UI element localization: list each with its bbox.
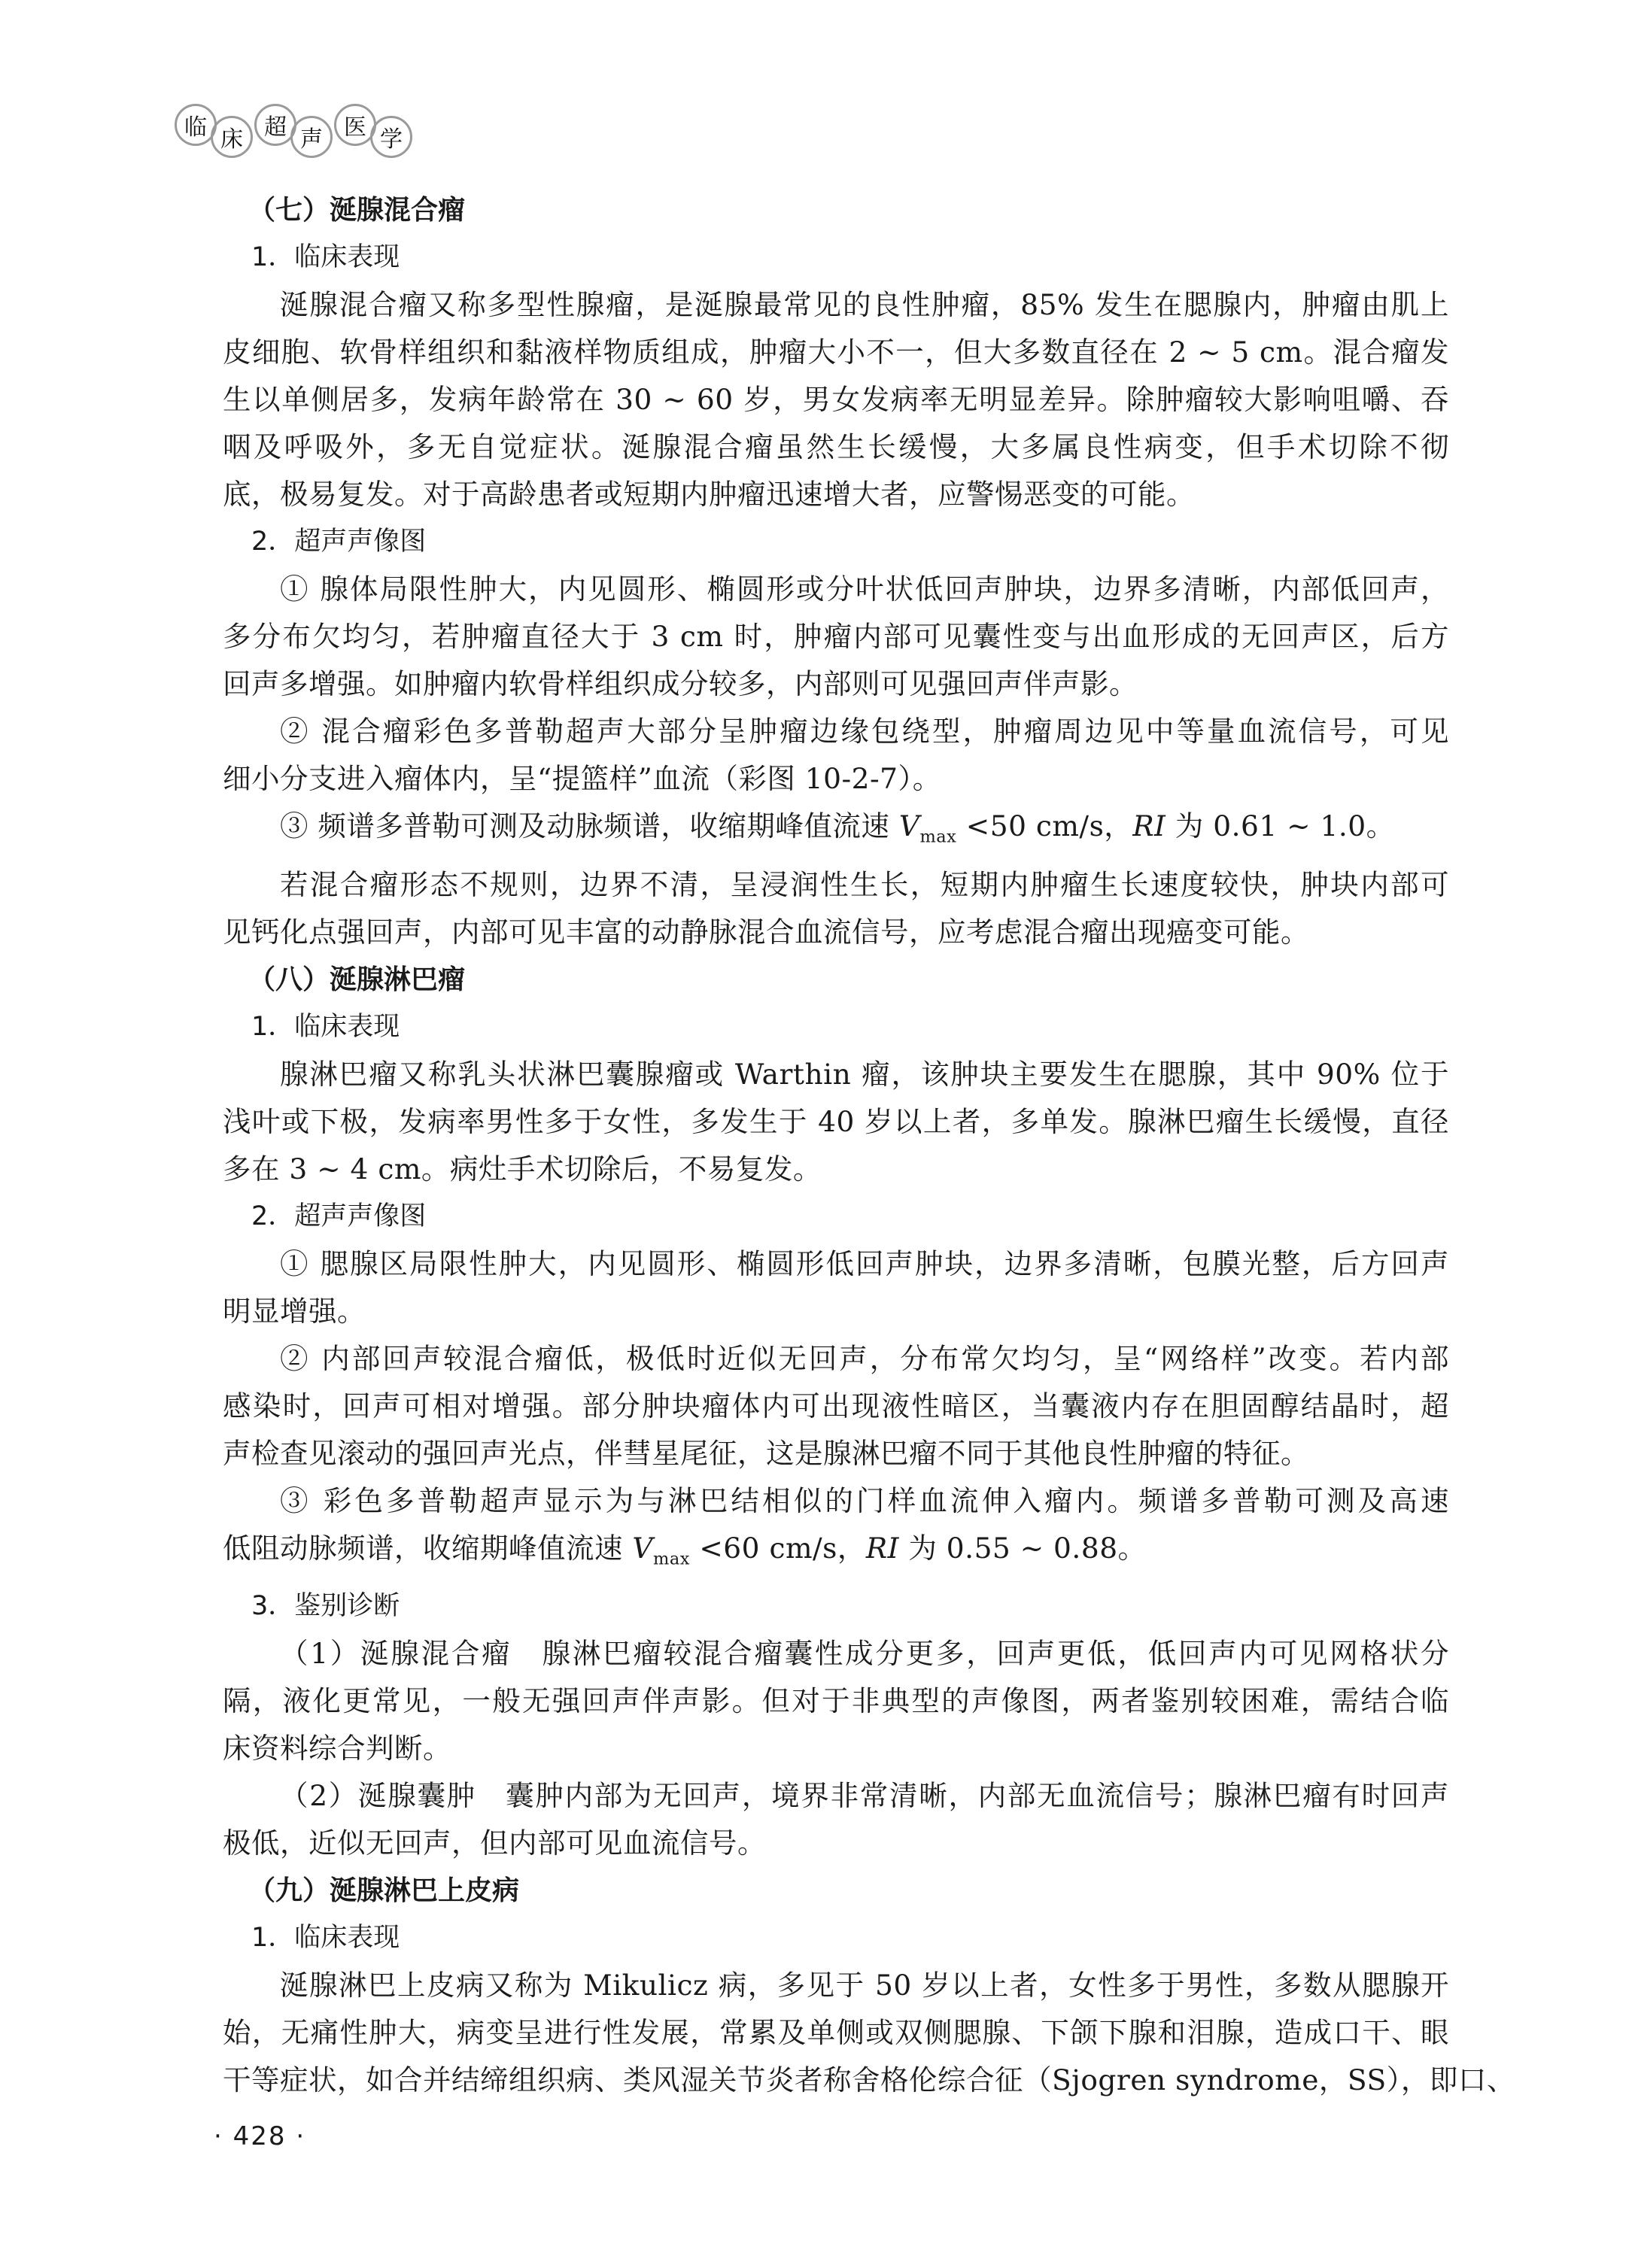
text-line: 浅叶或下极，发病率男性多于女性，多发生于 40 岁以上者，多单发。腺淋巴瘤生长缓… [223, 1098, 1449, 1146]
text-line: 腺淋巴瘤又称乳头状淋巴囊腺瘤或 Warthin 瘤，该肿块主要发生在腮腺，其中 … [223, 1051, 1449, 1098]
page-number: · 428 · [214, 2121, 305, 2151]
text-line: 见钙化点强回声，内部可见丰富的动静脉混合血流信号，应考虑混合瘤出现癌变可能。 [223, 909, 1449, 956]
section-heading: （八）涎腺淋巴瘤 [223, 956, 1449, 1003]
text-line: 极低，近似无回声，但内部可见血流信号。 [223, 1820, 1449, 1867]
text-line: 感染时，回声可相对增强。部分肿块瘤体内可出现液性暗区，当囊液内存在胆固醇结晶时，… [223, 1383, 1449, 1430]
paragraph: 涎腺淋巴上皮病又称为 Mikulicz 病，多见于 50 岁以上者，女性多于男性… [223, 1962, 1449, 2104]
text-line: （1）涎腺混合瘤 腺淋巴瘤较混合瘤囊性成分更多，回声更低，低回声内可见网格状分 [223, 1630, 1449, 1677]
paragraph: 若混合瘤形态不规则，边界不清，呈浸润性生长，短期内肿瘤生长速度较快，肿块内部可见… [223, 861, 1449, 956]
text-line: ① 腺体局限性肿大，内见圆形、椭圆形或分叶状低回声肿块，边界多清晰，内部低回声， [223, 566, 1449, 613]
subsection-title: 1．临床表现 [223, 234, 1449, 281]
text-line: 细小分支进入瘤体内，呈“提篮样”血流（彩图 10-2-7）。 [223, 755, 1449, 803]
paragraph: 腺淋巴瘤又称乳头状淋巴囊腺瘤或 Warthin 瘤，该肿块主要发生在腮腺，其中 … [223, 1051, 1449, 1193]
text-line: 生以单侧居多，发病年龄常在 30 ~ 60 岁，男女发病率无明显差异。除肿瘤较大… [223, 376, 1449, 424]
text-line: ② 混合瘤彩色多普勒超声大部分呈肿瘤边缘包绕型，肿瘤周边见中等量血流信号，可见 [223, 708, 1449, 755]
text-line: 多分布欠均匀，若肿瘤直径大于 3 cm 时，肿瘤内部可见囊性变与出血形成的无回声… [223, 613, 1449, 660]
text-line: 若混合瘤形态不规则，边界不清，呈浸润性生长，短期内肿瘤生长速度较快，肿块内部可 [223, 861, 1449, 909]
paragraph: ③ 频谱多普勒可测及动脉频谱，收缩期峰值流速 Vmax <50 cm/s，RI … [223, 803, 1449, 861]
text-line: 床资料综合判断。 [223, 1725, 1449, 1772]
paragraph: ③ 彩色多普勒超声显示为与淋巴结相似的门样血流伸入瘤内。频谱多普勒可测及高速低阻… [223, 1477, 1449, 1583]
paragraph: ① 腺体局限性肿大，内见圆形、椭圆形或分叶状低回声肿块，边界多清晰，内部低回声，… [223, 566, 1449, 708]
section-heading: （七）涎腺混合瘤 [223, 187, 1449, 234]
section-heading: （九）涎腺淋巴上皮病 [223, 1867, 1449, 1914]
header-char: 学 [370, 116, 412, 158]
subsection-title: 1．临床表现 [223, 1003, 1449, 1051]
text-line: 隔，液化更常见，一般无强回声伴声影。但对于非典型的声像图，两者鉴别较困难，需结合… [223, 1677, 1449, 1725]
text-line: 涎腺淋巴上皮病又称为 Mikulicz 病，多见于 50 岁以上者，女性多于男性… [223, 1962, 1449, 2009]
text-line: 涎腺混合瘤又称多型性腺瘤，是涎腺最常见的良性肿瘤，85% 发生在腮腺内，肿瘤由肌… [223, 281, 1449, 329]
text-line: ① 腮腺区局限性肿大，内见圆形、椭圆形低回声肿块，边界多清晰，包膜光整，后方回声 [223, 1240, 1449, 1288]
text-line: 声检查见滚动的强回声光点，伴彗星尾征，这是腺淋巴瘤不同于其他良性肿瘤的特征。 [223, 1430, 1449, 1477]
text-line: 多在 3 ~ 4 cm。病灶手术切除后，不易复发。 [223, 1146, 1449, 1193]
paragraph: （1）涎腺混合瘤 腺淋巴瘤较混合瘤囊性成分更多，回声更低，低回声内可见网格状分隔… [223, 1630, 1449, 1772]
paragraph: 涎腺混合瘤又称多型性腺瘤，是涎腺最常见的良性肿瘤，85% 发生在腮腺内，肿瘤由肌… [223, 281, 1449, 518]
text-line: （2）涎腺囊肿 囊肿内部为无回声，境界非常清晰，内部无血流信号；腺淋巴瘤有时回声 [223, 1772, 1449, 1820]
paragraph: ① 腮腺区局限性肿大，内见圆形、椭圆形低回声肿块，边界多清晰，包膜光整，后方回声… [223, 1240, 1449, 1335]
paragraph: （2）涎腺囊肿 囊肿内部为无回声，境界非常清晰，内部无血流信号；腺淋巴瘤有时回声… [223, 1772, 1449, 1867]
paragraph: ② 混合瘤彩色多普勒超声大部分呈肿瘤边缘包绕型，肿瘤周边见中等量血流信号，可见细… [223, 708, 1449, 803]
text-line: 干等症状，如合并结缔组织病、类风湿关节炎者称舍格伦综合征（Sjogren syn… [223, 2057, 1449, 2104]
subsection-title: 1．临床表现 [223, 1914, 1449, 1962]
header-char: 声 [290, 116, 333, 158]
paragraph: ② 内部回声较混合瘤低，极低时近似无回声，分布常欠均匀，呈“网络样”改变。若内部… [223, 1335, 1449, 1477]
text-line: ③ 频谱多普勒可测及动脉频谱，收缩期峰值流速 Vmax <50 cm/s，RI … [223, 803, 1449, 861]
page-body: （七）涎腺混合瘤1．临床表现涎腺混合瘤又称多型性腺瘤，是涎腺最常见的良性肿瘤，8… [223, 187, 1449, 2104]
text-line: ③ 彩色多普勒超声显示为与淋巴结相似的门样血流伸入瘤内。频谱多普勒可测及高速 [223, 1477, 1449, 1525]
subsection-title: 3．鉴别诊断 [223, 1583, 1449, 1630]
text-line: ② 内部回声较混合瘤低，极低时近似无回声，分布常欠均匀，呈“网络样”改变。若内部 [223, 1335, 1449, 1383]
header-char: 床 [211, 116, 253, 158]
text-line: 回声多增强。如肿瘤内软骨样组织成分较多，内部则可见强回声伴声影。 [223, 660, 1449, 708]
text-line: 低阻动脉频谱，收缩期峰值流速 Vmax <60 cm/s，RI 为 0.55 ~… [223, 1525, 1449, 1583]
subsection-title: 2．超声声像图 [223, 1193, 1449, 1240]
text-line: 皮细胞、软骨样组织和黏液样物质组成，肿瘤大小不一，但大多数直径在 2 ~ 5 c… [223, 329, 1449, 376]
text-line: 明显增强。 [223, 1288, 1449, 1335]
text-line: 始，无痛性肿大，病变呈进行性发展，常累及单侧或双侧腮腺、下颌下腺和泪腺，造成口干… [223, 2009, 1449, 2057]
text-line: 底，极易复发。对于高龄患者或短期内肿瘤迅速增大者，应警惕恶变的可能。 [223, 471, 1449, 518]
subsection-title: 2．超声声像图 [223, 518, 1449, 566]
text-line: 咽及呼吸外，多无自觉症状。涎腺混合瘤虽然生长缓慢，大多属良性病变，但手术切除不彻 [223, 424, 1449, 471]
